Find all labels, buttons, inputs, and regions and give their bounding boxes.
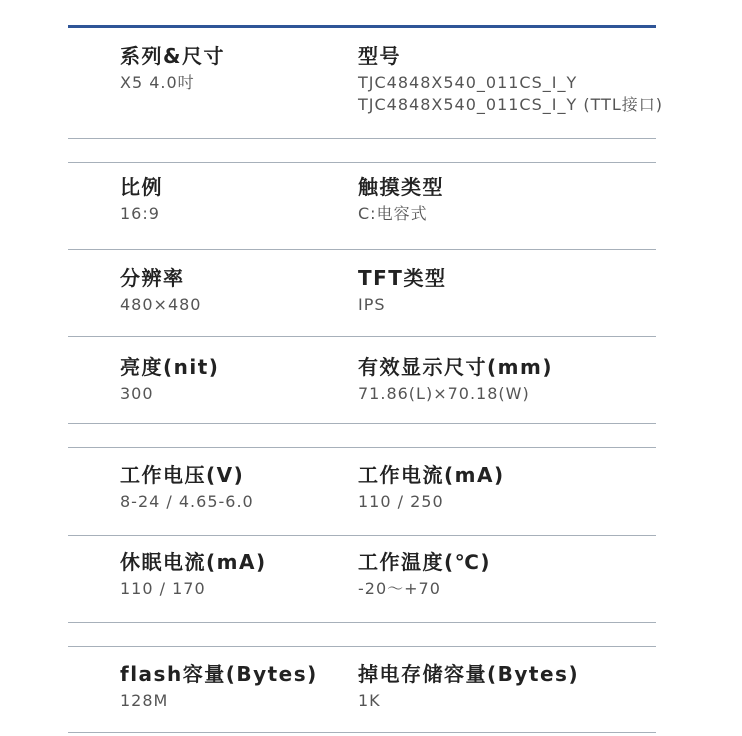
spec-operating-voltage: 工作电压(V) 8-24 / 4.65-6.0 (120, 463, 254, 513)
spec-label: 工作温度(℃) (358, 550, 491, 574)
divider (68, 138, 656, 139)
spec-touch-type: 触摸类型 C:电容式 (358, 175, 444, 225)
spec-label: 掉电存储容量(Bytes) (358, 662, 579, 686)
spec-value: 110 / 250 (358, 491, 505, 513)
spec-label: 分辨率 (120, 266, 201, 290)
divider (68, 646, 656, 647)
divider (68, 162, 656, 163)
spec-sleep-current: 休眠电流(mA) 110 / 170 (120, 550, 267, 600)
spec-eeprom-capacity: 掉电存储容量(Bytes) 1K (358, 662, 579, 712)
spec-label: flash容量(Bytes) (120, 662, 318, 686)
spec-label: 休眠电流(mA) (120, 550, 267, 574)
spec-model: 型号 TJC4848X540_011CS_I_Y TJC4848X540_011… (358, 44, 663, 116)
spec-value: C:电容式 (358, 203, 444, 225)
spec-value: TJC4848X540_011CS_I_Y (358, 72, 663, 94)
top-rule (68, 25, 656, 28)
spec-value: 71.86(L)×70.18(W) (358, 383, 553, 405)
spec-value: 300 (120, 383, 219, 405)
spec-value: 128M (120, 690, 318, 712)
divider (68, 732, 656, 733)
spec-value: 8-24 / 4.65-6.0 (120, 491, 254, 513)
spec-label: 工作电压(V) (120, 463, 254, 487)
spec-operating-current: 工作电流(mA) 110 / 250 (358, 463, 505, 513)
spec-value: 1K (358, 690, 579, 712)
spec-value: IPS (358, 294, 446, 316)
spec-value: 16:9 (120, 203, 163, 225)
spec-ratio: 比例 16:9 (120, 175, 163, 225)
divider (68, 622, 656, 623)
divider (68, 535, 656, 536)
divider (68, 249, 656, 250)
spec-label: 型号 (358, 44, 663, 68)
spec-label: 触摸类型 (358, 175, 444, 199)
divider (68, 336, 656, 337)
spec-label: 工作电流(mA) (358, 463, 505, 487)
spec-value: 480×480 (120, 294, 201, 316)
spec-value-ttl: TJC4848X540_011CS_I_Y (TTL接口) (358, 94, 663, 116)
spec-label: 亮度(nit) (120, 355, 219, 379)
spec-label: 有效显示尺寸(mm) (358, 355, 553, 379)
spec-label: 比例 (120, 175, 163, 199)
divider (68, 423, 656, 424)
divider (68, 447, 656, 448)
spec-operating-temp: 工作温度(℃) -20～+70 (358, 550, 491, 600)
spec-brightness: 亮度(nit) 300 (120, 355, 219, 405)
spec-flash-capacity: flash容量(Bytes) 128M (120, 662, 318, 712)
spec-value: -20～+70 (358, 578, 491, 600)
spec-value: X5 4.0吋 (120, 72, 225, 94)
spec-label: 系列&尺寸 (120, 44, 225, 68)
spec-label: TFT类型 (358, 266, 446, 290)
spec-active-area: 有效显示尺寸(mm) 71.86(L)×70.18(W) (358, 355, 553, 405)
spec-value: 110 / 170 (120, 578, 267, 600)
spec-series-size: 系列&尺寸 X5 4.0吋 (120, 44, 225, 94)
spec-resolution: 分辨率 480×480 (120, 266, 201, 316)
spec-tft-type: TFT类型 IPS (358, 266, 446, 316)
